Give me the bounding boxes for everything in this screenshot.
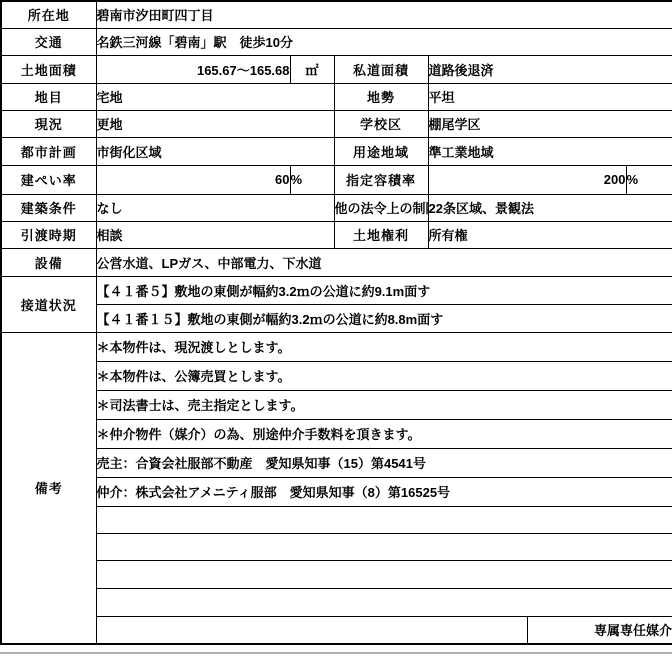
row-remarks-3: ＊司法書士は、売主指定とします。 <box>1 390 672 419</box>
other-legal-restrictions-label: 他の法令上の制限 <box>334 194 428 221</box>
row-remarks-empty-3 <box>1 560 672 588</box>
row-road-frontage-1: 接道状況 【４１番５】敷地の東側が幅約3.2ｍの公道に約9.1m面す <box>1 276 672 304</box>
private-road-label: 私道面積 <box>334 55 428 83</box>
remarks-line-5: 売主：合資会社服部不動産 愛知県知事（15）第4541号 <box>96 448 672 477</box>
row-remarks-empty-4 <box>1 588 672 616</box>
row-remarks-5: 売主：合資会社服部不動産 愛知県知事（15）第4541号 <box>1 448 672 477</box>
property-sheet-table: 所在地 碧南市汐田町四丁目 交通 名鉄三河線「碧南」駅 徒歩10分 土地面積 1… <box>0 0 672 645</box>
row-transit: 交通 名鉄三河線「碧南」駅 徒歩10分 <box>1 28 672 55</box>
land-area-unit: ㎡ <box>290 55 334 83</box>
city-planning-label: 都市計画 <box>1 137 96 165</box>
building-conditions-label: 建築条件 <box>1 194 96 221</box>
brokerage-empty-cell <box>96 616 527 644</box>
utilities-value: 公営水道、LPガス、中部電力、下水道 <box>96 248 672 276</box>
remarks-line-4: ＊仲介物件（媒介）の為、別途仲介手数料を頂きます。 <box>96 419 672 448</box>
row-remarks-2: ＊本物件は、公簿売買とします。 <box>1 361 672 390</box>
row-remarks-6: 仲介：株式会社アメニティ服部 愛知県知事（8）第16525号 <box>1 477 672 506</box>
row-land-category: 地目 宅地 地勢 平坦 <box>1 83 672 110</box>
handover-label: 引渡時期 <box>1 221 96 248</box>
row-remarks-empty-2 <box>1 533 672 560</box>
row-building-conditions: 建築条件 なし 他の法令上の制限 22条区域、景観法 <box>1 194 672 221</box>
remarks-empty-line <box>96 506 672 533</box>
other-legal-restrictions-value: 22条区域、景観法 <box>428 194 672 221</box>
row-remarks-empty-1 <box>1 506 672 533</box>
property-sheet: 所在地 碧南市汐田町四丁目 交通 名鉄三河線「碧南」駅 徒歩10分 土地面積 1… <box>0 0 672 657</box>
row-remarks-4: ＊仲介物件（媒介）の為、別途仲介手数料を頂きます。 <box>1 419 672 448</box>
row-handover: 引渡時期 相談 土地権利 所有権 <box>1 221 672 248</box>
land-area-value: 165.67～165.68 <box>96 55 290 83</box>
brokerage-type-value: 専属専任媒介 <box>527 616 672 644</box>
topography-value: 平坦 <box>428 83 672 110</box>
current-state-label: 現況 <box>1 110 96 137</box>
remarks-label: 備考 <box>1 332 96 644</box>
land-rights-label: 土地権利 <box>334 221 428 248</box>
location-label: 所在地 <box>1 1 96 28</box>
handover-value: 相談 <box>96 221 334 248</box>
row-coverage-ratio: 建ぺい率 60 % 指定容積率 200 % <box>1 165 672 194</box>
transit-value: 名鉄三河線「碧南」駅 徒歩10分 <box>96 28 672 55</box>
remarks-line-1: ＊本物件は、現況渡しとします。 <box>96 332 672 361</box>
private-road-value: 道路後退済 <box>428 55 672 83</box>
zoning-value: 準工業地域 <box>428 137 672 165</box>
remarks-empty-line <box>96 588 672 616</box>
row-road-frontage-2: 【４１番１５】敷地の東側が幅約3.2ｍの公道に約8.8m面す <box>1 304 672 332</box>
coverage-ratio-unit: % <box>290 165 334 194</box>
row-brokerage-type: 専属専任媒介 <box>1 616 672 644</box>
row-location: 所在地 碧南市汐田町四丁目 <box>1 1 672 28</box>
zoning-label: 用途地域 <box>334 137 428 165</box>
land-category-value: 宅地 <box>96 83 334 110</box>
transit-label: 交通 <box>1 28 96 55</box>
land-rights-value: 所有権 <box>428 221 672 248</box>
road-frontage-label: 接道状況 <box>1 276 96 332</box>
remarks-empty-line <box>96 533 672 560</box>
remarks-line-2: ＊本物件は、公簿売買とします。 <box>96 361 672 390</box>
row-remarks-1: 備考 ＊本物件は、現況渡しとします。 <box>1 332 672 361</box>
building-conditions-value: なし <box>96 194 334 221</box>
floor-area-ratio-label: 指定容積率 <box>334 165 428 194</box>
road-frontage-line-1: 【４１番５】敷地の東側が幅約3.2ｍの公道に約9.1m面す <box>96 276 672 304</box>
land-category-label: 地目 <box>1 83 96 110</box>
coverage-ratio-label: 建ぺい率 <box>1 165 96 194</box>
road-frontage-line-2: 【４１番１５】敷地の東側が幅約3.2ｍの公道に約8.8m面す <box>96 304 672 332</box>
row-current-state: 現況 更地 学校区 棚尾学区 <box>1 110 672 137</box>
school-district-value: 棚尾学区 <box>428 110 672 137</box>
topography-label: 地勢 <box>334 83 428 110</box>
land-area-label: 土地面積 <box>1 55 96 83</box>
location-value: 碧南市汐田町四丁目 <box>96 1 672 28</box>
remarks-empty-line <box>96 560 672 588</box>
floor-area-ratio-unit: % <box>626 165 672 194</box>
school-district-label: 学校区 <box>334 110 428 137</box>
row-land-area: 土地面積 165.67～165.68 ㎡ 私道面積 道路後退済 <box>1 55 672 83</box>
coverage-ratio-value: 60 <box>96 165 290 194</box>
remarks-line-6: 仲介：株式会社アメニティ服部 愛知県知事（8）第16525号 <box>96 477 672 506</box>
city-planning-value: 市街化区域 <box>96 137 334 165</box>
row-city-planning: 都市計画 市街化区域 用途地域 準工業地域 <box>1 137 672 165</box>
sheet-bottom-edge <box>0 652 672 654</box>
current-state-value: 更地 <box>96 110 334 137</box>
utilities-label: 設備 <box>1 248 96 276</box>
row-utilities: 設備 公営水道、LPガス、中部電力、下水道 <box>1 248 672 276</box>
remarks-line-3: ＊司法書士は、売主指定とします。 <box>96 390 672 419</box>
floor-area-ratio-value: 200 <box>428 165 626 194</box>
